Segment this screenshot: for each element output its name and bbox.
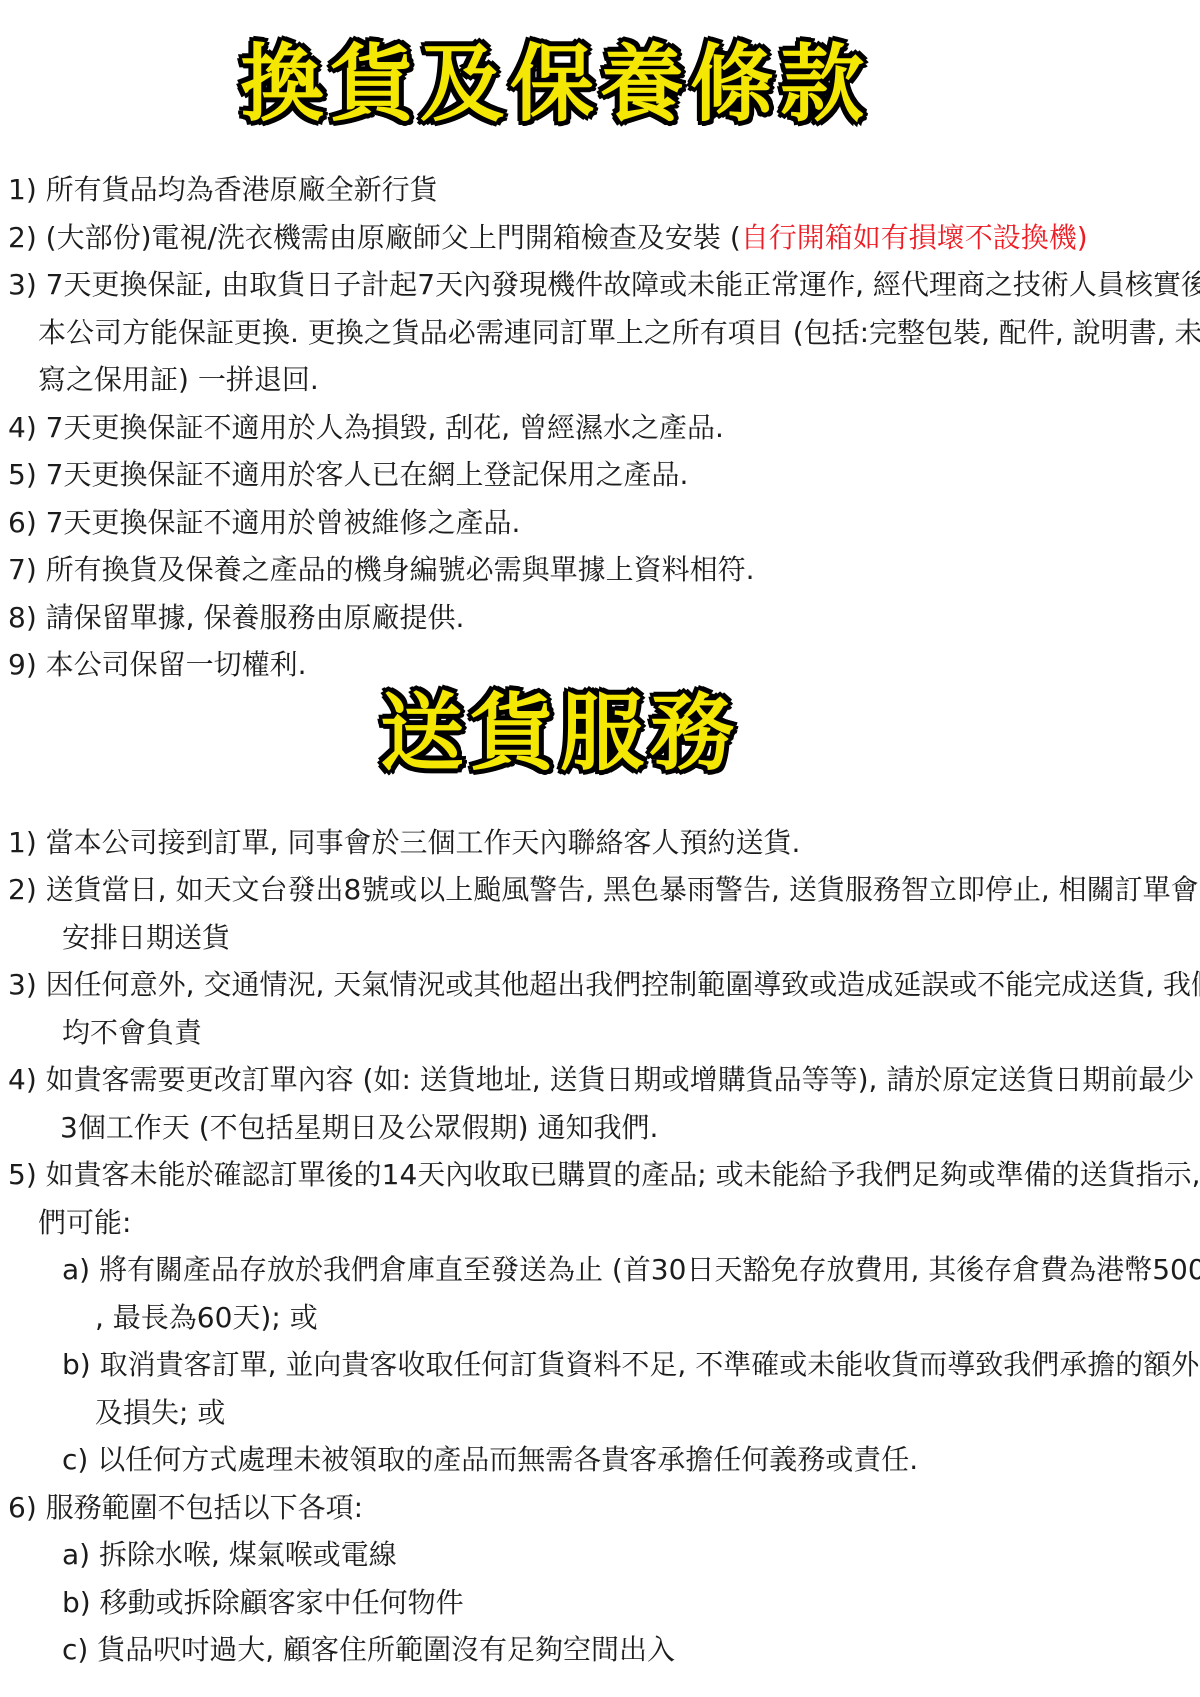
term-text-line: , 最長為60天); 或 (0, 1294, 1200, 1342)
term-text-line: b) 移動或拆除顧客家中任何物件 (0, 1579, 1200, 1627)
term-text-line: 8) 請保留單據, 保養服務由原廠提供. (0, 594, 1200, 642)
term-text: 3) 因任何意外, 交通情況, 天氣情況或其他超出我們控制範圍導致或造成延誤或不… (8, 968, 1200, 1001)
term-text: 安排日期送貨 (62, 921, 230, 954)
warranty-section-title: 換貨及保養條款 (240, 28, 870, 140)
term-text-line: a) 拆除水喉, 煤氣喉或電線 (0, 1531, 1200, 1579)
term-text: 4) 如貴客需要更改訂單內容 (如: 送貨地址, 送貨日期或增購貨品等等), 請… (8, 1063, 1194, 1096)
term-text: , 最長為60天); 或 (95, 1301, 318, 1334)
term-text-line: 6) 服務範圍不包括以下各項: (0, 1484, 1200, 1532)
term-text-line: 及損失; 或 (0, 1389, 1200, 1437)
delivery-title-row: 送貨服務 (0, 677, 1160, 789)
term-text: a) 將有關產品存放於我們倉庫直至發送為止 (首30日天豁免存放費用, 其後存倉… (62, 1253, 1200, 1286)
term-text-line: 7) 所有換貨及保養之產品的機身編號必需與單據上資料相符. (0, 546, 1200, 594)
delivery-section-title: 送貨服務 (380, 677, 740, 789)
warranty-terms-list: 1) 所有貨品均為香港原廠全新行貨2) (大部份)電視/洗衣機需由原廠師父上門開… (0, 166, 1200, 689)
term-text: 5) 7天更換保証不適用於客人已在網上登記保用之產品. (8, 458, 688, 491)
term-text-line: c) 以任何方式處理未被領取的產品而無需各貴客承擔任何義務或責任. (0, 1436, 1200, 1484)
term-text-line: 本公司方能保証更換. 更換之貨品必需連同訂單上之所有項目 (包括:完整包裝, 配… (0, 309, 1200, 357)
term-text-line: 5) 7天更換保証不適用於客人已在網上登記保用之產品. (0, 451, 1200, 499)
term-text: 4) 7天更換保証不適用於人為損毀, 刮花, 曾經濕水之產品. (8, 411, 724, 444)
term-text: 7) 所有換貨及保養之產品的機身編號必需與單據上資料相符. (8, 553, 755, 586)
term-text: 5) 如貴客未能於確認訂單後的14天內收取已購買的產品; 或未能給予我們足夠或準… (8, 1158, 1200, 1191)
term-text-line: 1) 當本公司接到訂單, 同事會於三個工作天內聯絡客人預約送貨. (0, 819, 1200, 867)
term-text: c) 貨品呎吋過大, 顧客住所範圍沒有足夠空間出入 (62, 1633, 675, 1666)
term-text-line: c) 貨品呎吋過大, 顧客住所範圍沒有足夠空間出入 (0, 1626, 1200, 1674)
term-text: 均不會負責 (62, 1016, 202, 1049)
term-text-line: 1) 所有貨品均為香港原廠全新行貨 (0, 166, 1200, 214)
term-text: b) 取消貴客訂單, 並向貴客收取任何訂貨資料不足, 不準確或未能收貨而導致我們… (62, 1348, 1200, 1381)
term-text-line: 2) (大部份)電視/洗衣機需由原廠師父上門開箱檢查及安裝 (自行開箱如有損壞不… (0, 214, 1200, 262)
term-text: a) 拆除水喉, 煤氣喉或電線 (62, 1538, 397, 1571)
term-text-line: 均不會負責 (0, 1009, 1200, 1057)
term-text: 們可能: (38, 1206, 131, 1239)
term-text: 及損失; 或 (95, 1396, 225, 1429)
term-text-line: a) 將有關產品存放於我們倉庫直至發送為止 (首30日天豁免存放費用, 其後存倉… (0, 1246, 1200, 1294)
red-warning-text: 自行開箱如有損壞不設換機) (741, 221, 1088, 254)
term-text-line: 們可能: (0, 1199, 1200, 1247)
term-text-line: 6) 7天更換保証不適用於曾被維修之產品. (0, 499, 1200, 547)
term-text: 2) 送貨當日, 如天文台發出8號或以上颱風警告, 黑色暴雨警告, 送貨服務智立… (8, 873, 1200, 906)
term-text: c) 以任何方式處理未被領取的產品而無需各貴客承擔任何義務或責任. (62, 1443, 918, 1476)
term-text-line: 寫之保用証) 一拼退回. (0, 356, 1200, 404)
term-text-line: b) 取消貴客訂單, 並向貴客收取任何訂貨資料不足, 不準確或未能收貨而導致我們… (0, 1341, 1200, 1389)
term-text: b) 移動或拆除顧客家中任何物件 (62, 1586, 464, 1619)
term-text: 1) 所有貨品均為香港原廠全新行貨 (8, 173, 438, 206)
term-text-line: 5) 如貴客未能於確認訂單後的14天內收取已購買的產品; 或未能給予我們足夠或準… (0, 1151, 1200, 1199)
term-text-line: 安排日期送貨 (0, 914, 1200, 962)
term-text-line: 4) 7天更換保証不適用於人為損毀, 刮花, 曾經濕水之產品. (0, 404, 1200, 452)
term-text: 3) 7天更換保証, 由取貨日子計起7天內發現機件故障或未能正常運作, 經代理商… (8, 268, 1200, 301)
term-text-line: 4) 如貴客需要更改訂單內容 (如: 送貨地址, 送貨日期或增購貨品等等), 請… (0, 1056, 1200, 1104)
term-text: 1) 當本公司接到訂單, 同事會於三個工作天內聯絡客人預約送貨. (8, 826, 800, 859)
delivery-terms-list: 1) 當本公司接到訂單, 同事會於三個工作天內聯絡客人預約送貨.2) 送貨當日,… (0, 819, 1200, 1674)
term-text: 本公司方能保証更換. 更換之貨品必需連同訂單上之所有項目 (包括:完整包裝, 配… (38, 316, 1200, 349)
term-text: 6) 服務範圍不包括以下各項: (8, 1491, 363, 1524)
term-text: 2) (大部份)電視/洗衣機需由原廠師父上門開箱檢查及安裝 ( (8, 221, 741, 254)
term-text: 6) 7天更換保証不適用於曾被維修之產品. (8, 506, 520, 539)
terms-document-page: 換貨及保養條款 1) 所有貨品均為香港原廠全新行貨2) (大部份)電視/洗衣機需… (0, 0, 1200, 1697)
term-text-line: 3) 因任何意外, 交通情況, 天氣情況或其他超出我們控制範圍導致或造成延誤或不… (0, 961, 1200, 1009)
term-text-line: 3) 7天更換保証, 由取貨日子計起7天內發現機件故障或未能正常運作, 經代理商… (0, 261, 1200, 309)
term-text-line: 2) 送貨當日, 如天文台發出8號或以上颱風警告, 黑色暴雨警告, 送貨服務智立… (0, 866, 1200, 914)
term-text: 8) 請保留單據, 保養服務由原廠提供. (8, 601, 464, 634)
warranty-title-row: 換貨及保養條款 (0, 0, 1155, 140)
term-text: 寫之保用証) 一拼退回. (38, 363, 319, 396)
term-text-line: 3個工作天 (不包括星期日及公眾假期) 通知我們. (0, 1104, 1200, 1152)
term-text: 3個工作天 (不包括星期日及公眾假期) 通知我們. (60, 1111, 658, 1144)
